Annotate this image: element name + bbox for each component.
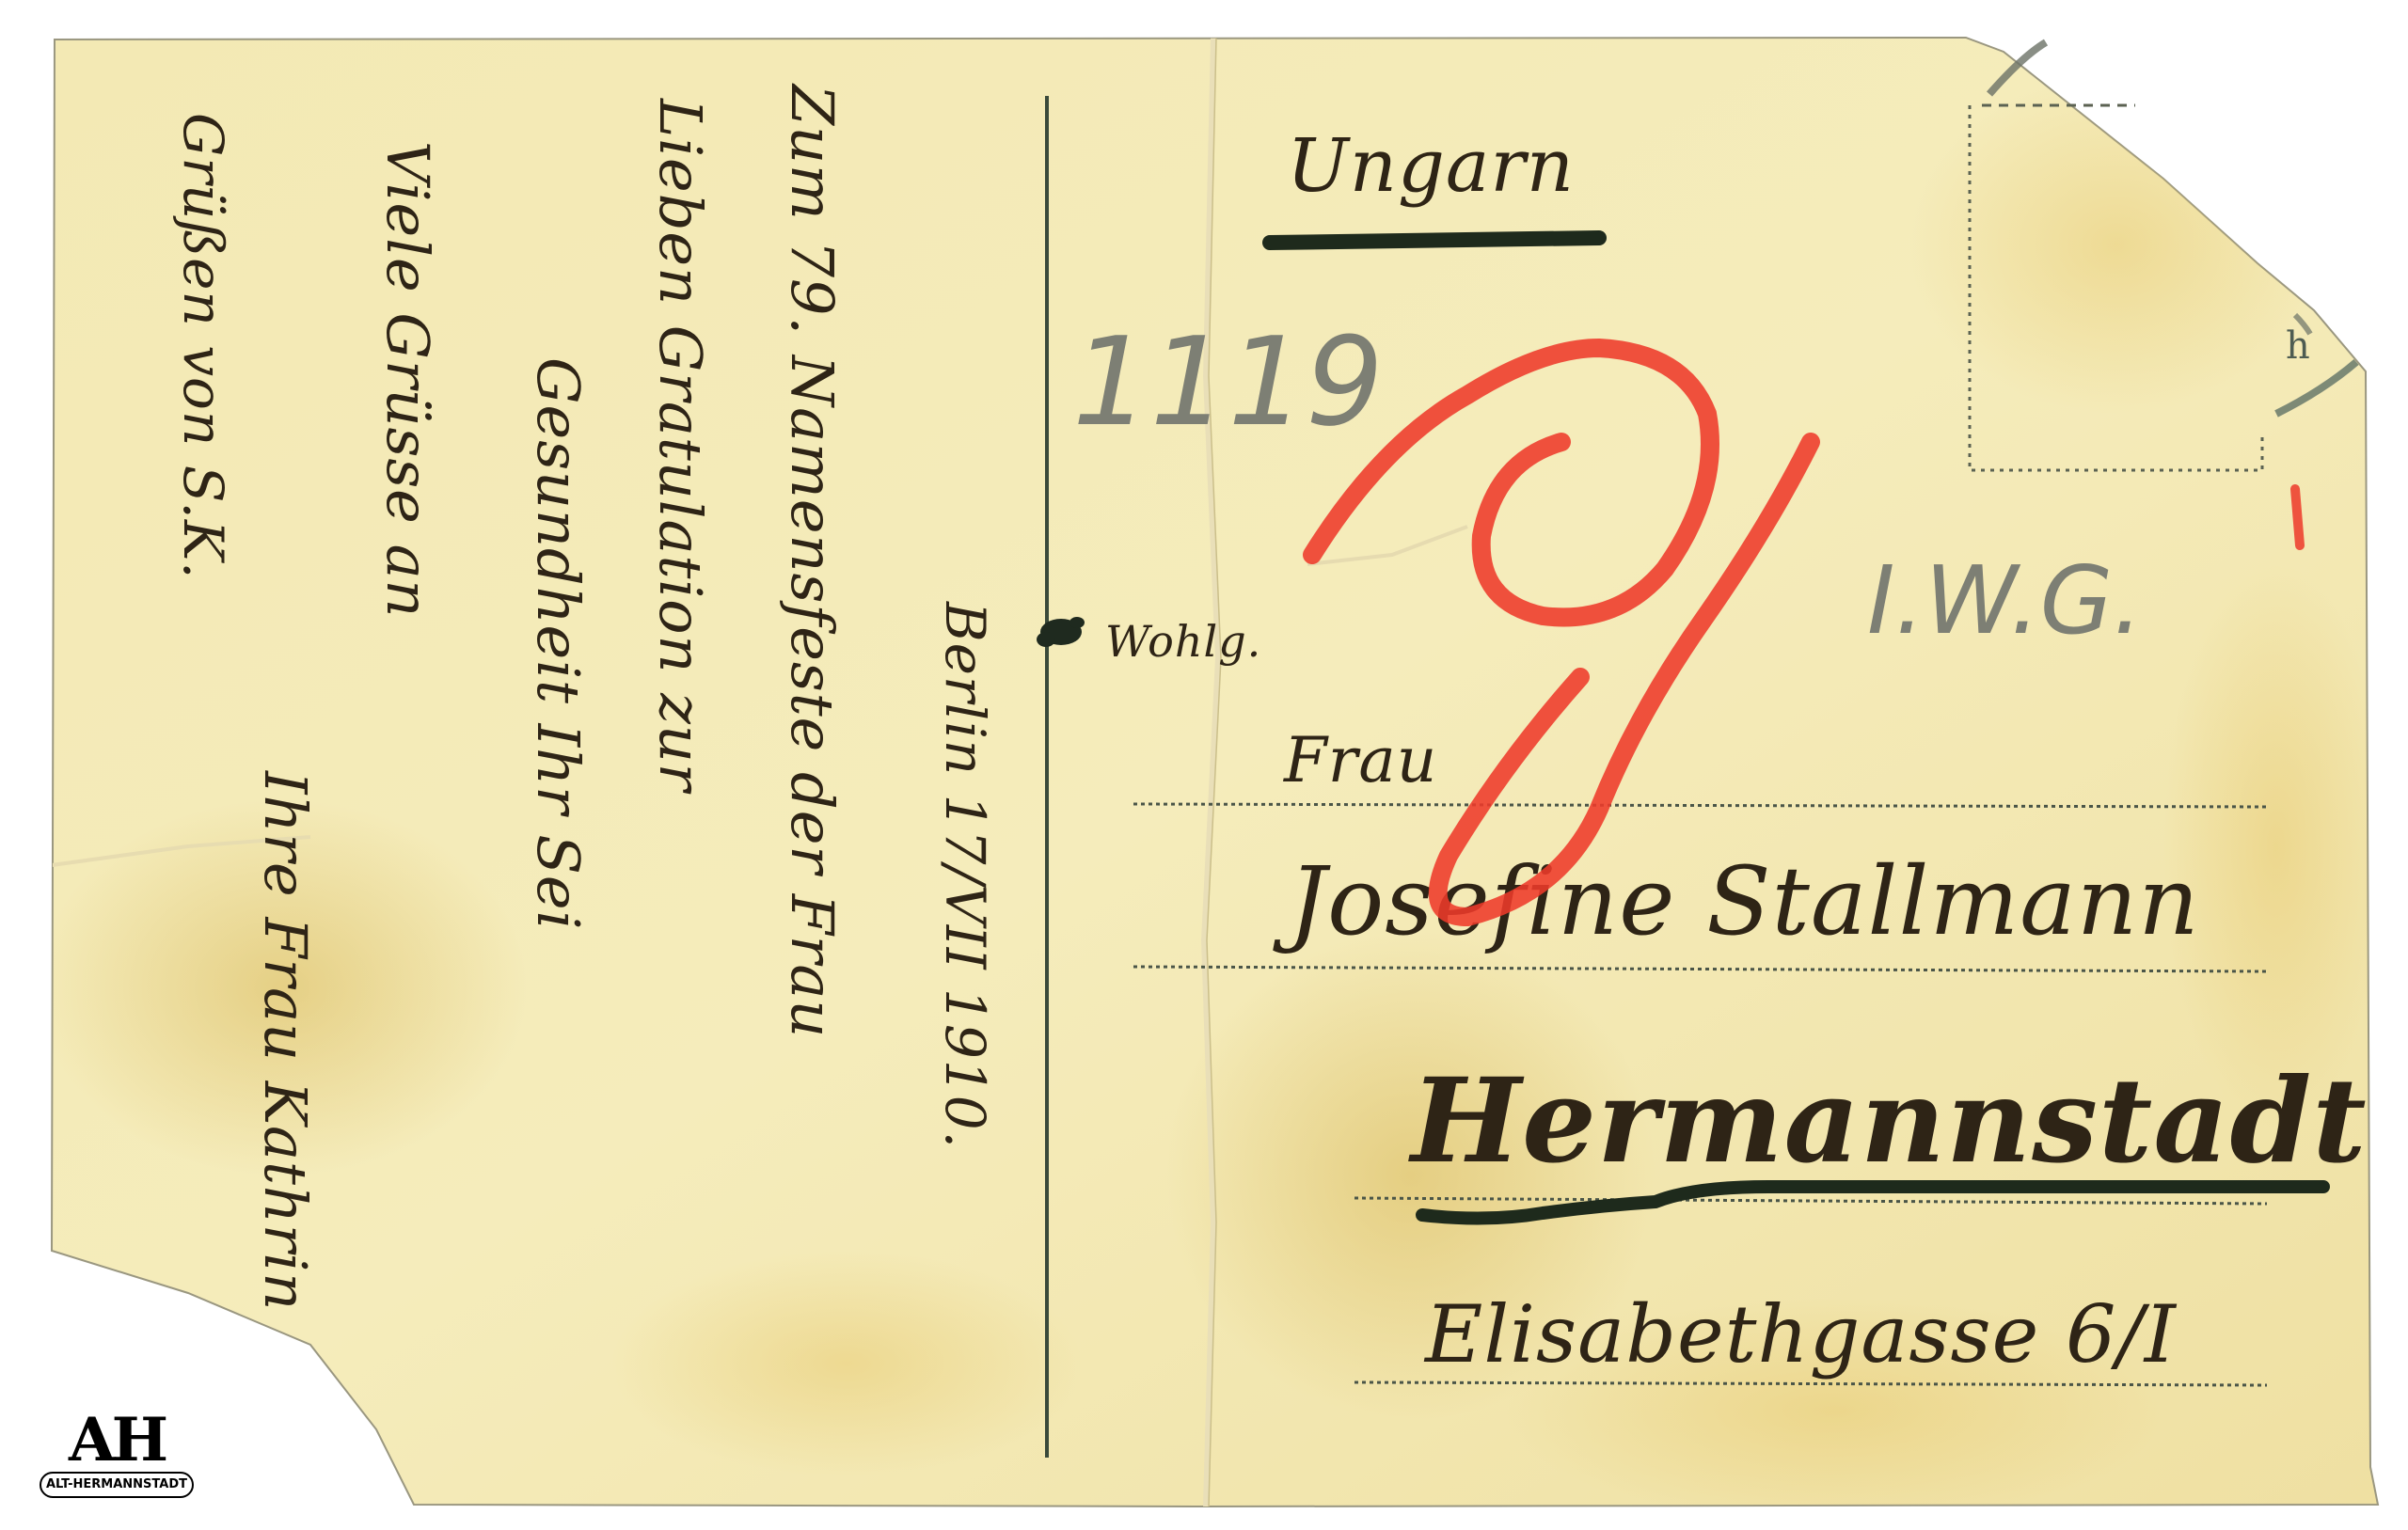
alt-hermannstadt-logo: AH ALT-HERMANNSTADT [32,1408,201,1502]
postcard: h Berlin 17/VII 1910. Zum 79. Namensfest… [0,0,2408,1530]
logo-monogram: AH [51,1408,182,1474]
logo-banner: ALT-HERMANNSTADT [40,1472,194,1498]
red-crayon-mark [0,0,2408,1530]
